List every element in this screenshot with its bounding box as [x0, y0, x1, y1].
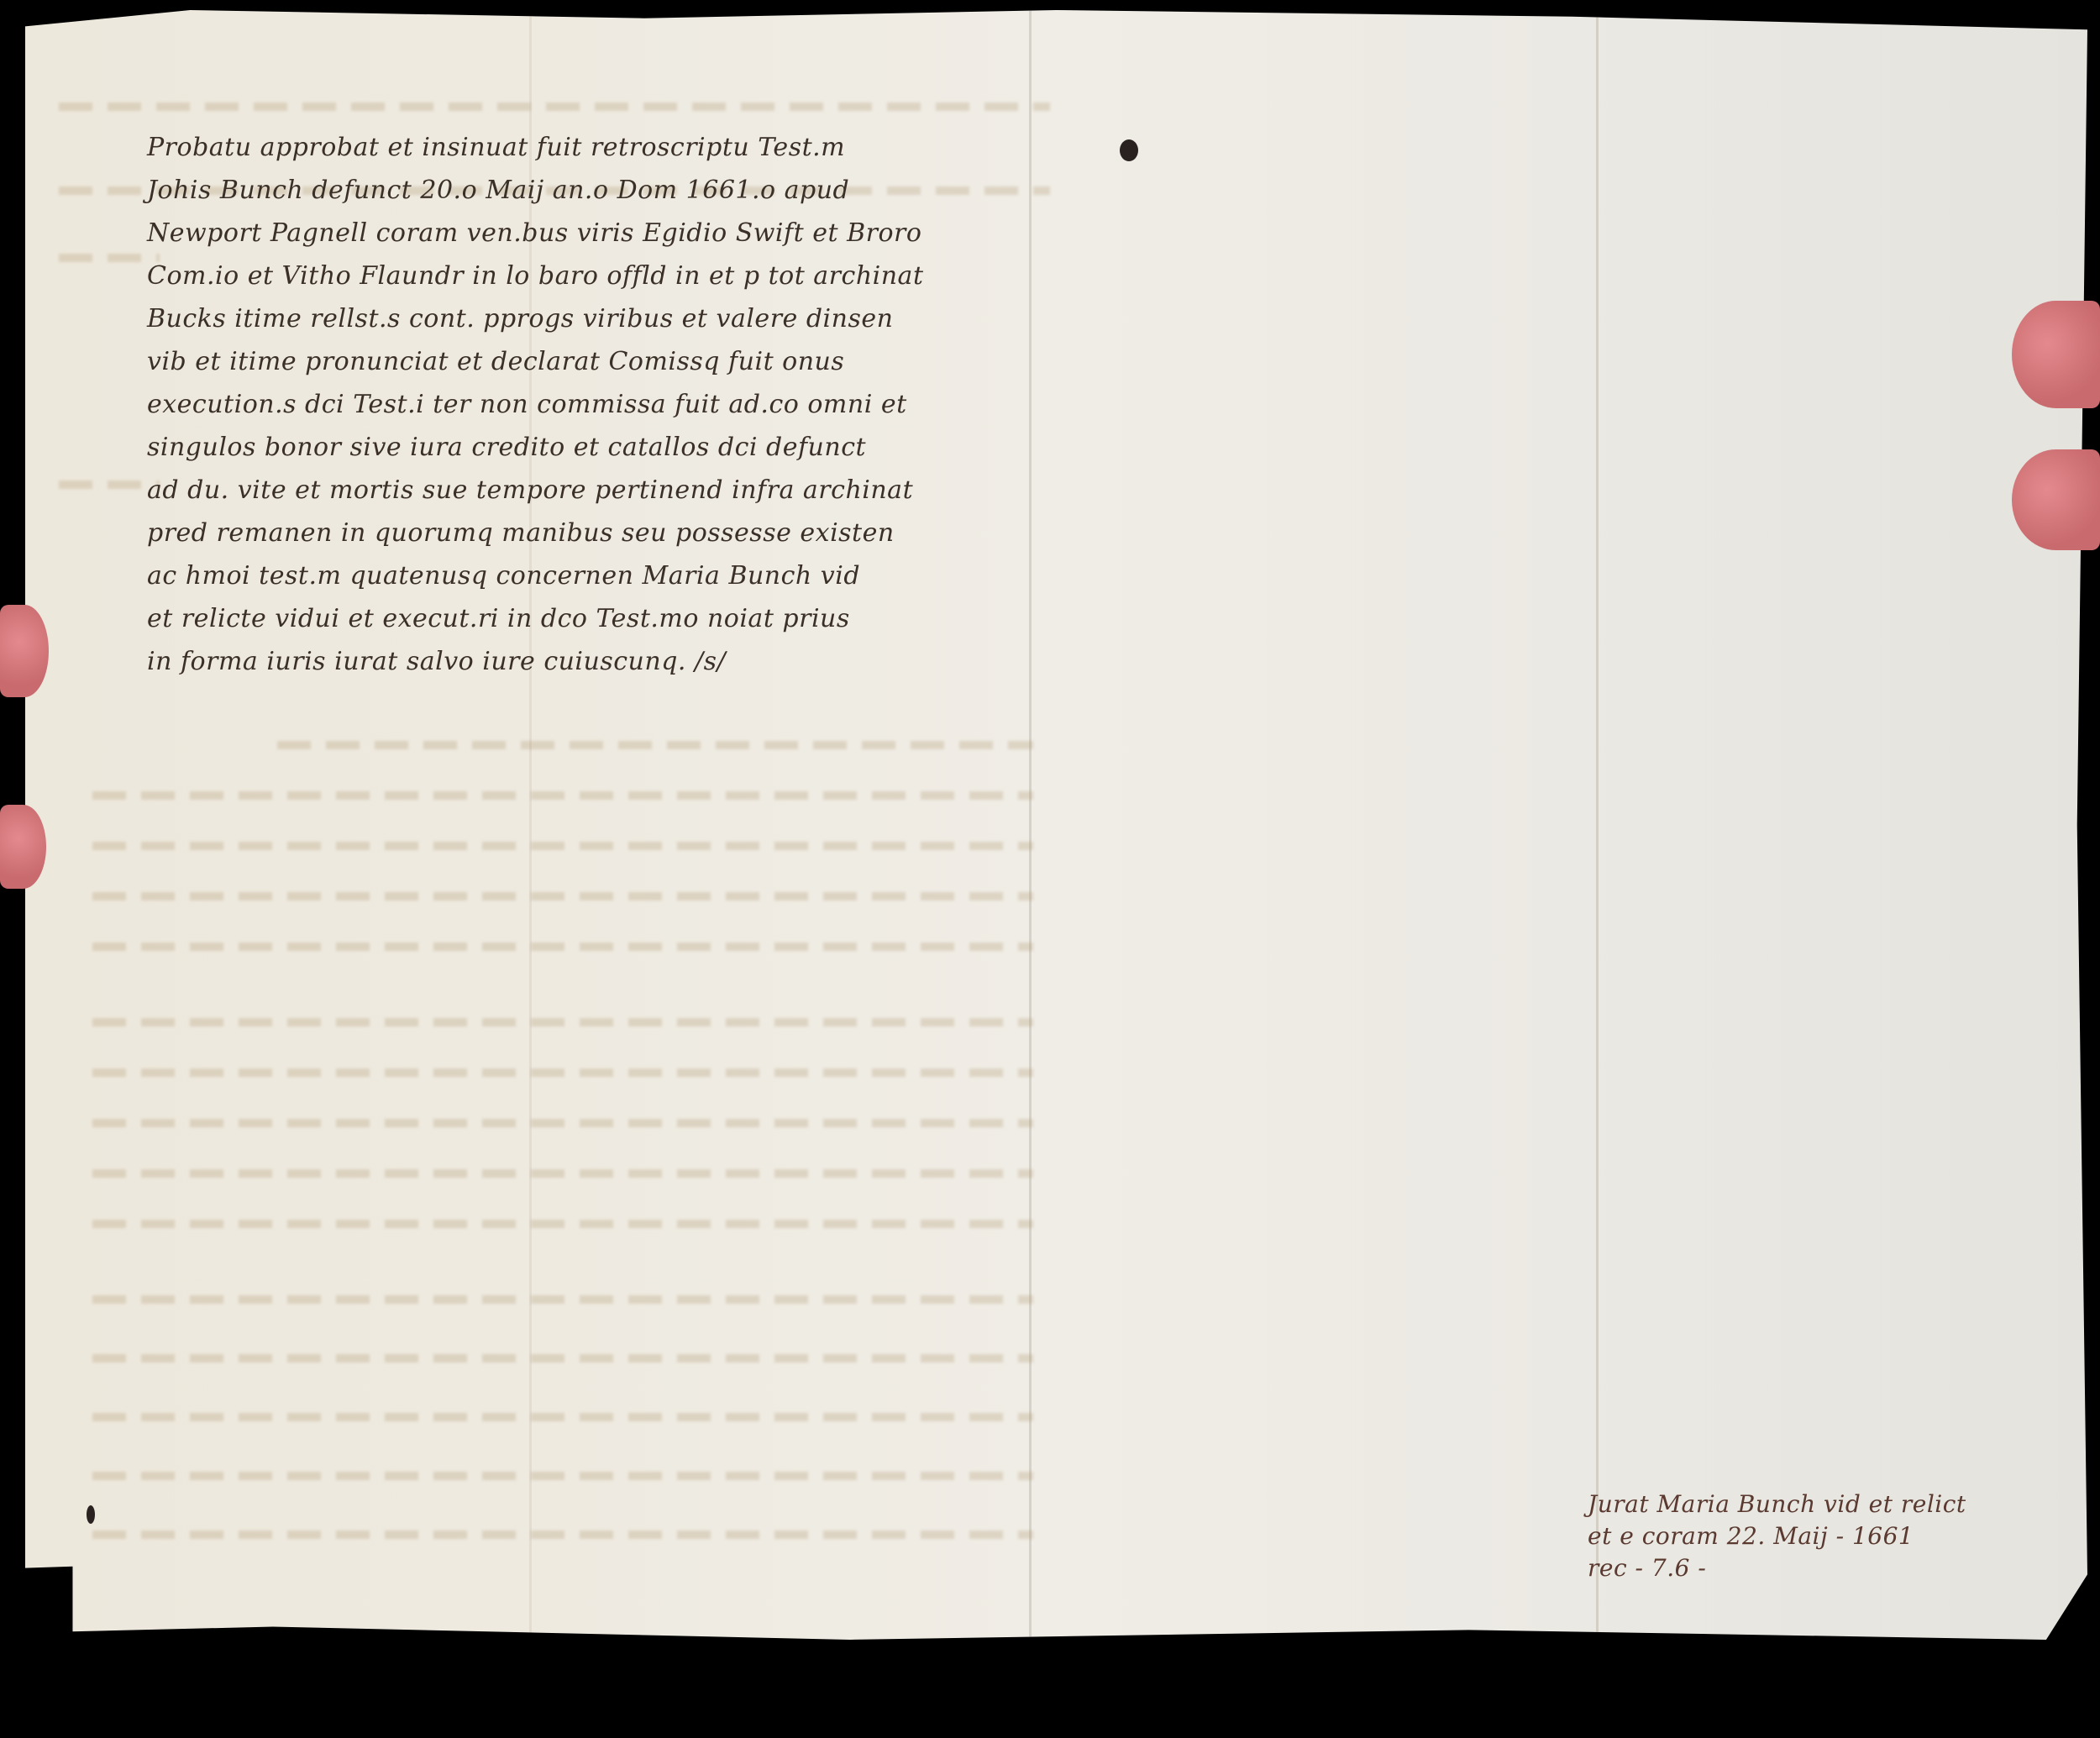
bleed-through-text	[92, 842, 1033, 850]
text-line: singulos bonor sive iura credito et cata…	[147, 426, 1054, 469]
fold-line	[1596, 10, 1599, 1640]
holding-finger	[2012, 301, 2100, 408]
text-line: Newport Pagnell coram ven.bus viris Egid…	[147, 212, 1054, 255]
annotation-line: Jurat Maria Bunch vid et relict	[1588, 1489, 1982, 1520]
text-line: et relicte vidui et execut.ri in dco Tes…	[147, 597, 1054, 640]
ink-blot	[1120, 139, 1138, 161]
text-line: in forma iuris iurat salvo iure cuiuscun…	[147, 640, 1054, 683]
text-line: Johis Bunch defunct 20.o Maij an.o Dom 1…	[147, 169, 1054, 212]
bleed-through-text	[92, 1220, 1033, 1228]
text-line: Bucks itime rellst.s cont. pprogs viribu…	[147, 297, 1054, 340]
bleed-through-text	[59, 480, 160, 489]
bleed-through-text	[92, 1119, 1033, 1127]
bleed-through-text	[92, 1295, 1033, 1304]
bleed-through-text	[92, 791, 1033, 800]
ink-blot	[87, 1505, 95, 1524]
bleed-through-text	[92, 892, 1033, 901]
bleed-through-text	[92, 1531, 1033, 1539]
bleed-through-text	[59, 102, 1050, 111]
bleed-through-text	[92, 1018, 1033, 1027]
probate-text: Probatu approbat et insinuat fuit retros…	[147, 126, 1054, 683]
bleed-through-text	[92, 1354, 1033, 1363]
bleed-through-text	[59, 254, 160, 262]
text-line: vib et itime pronunciat et declarat Comi…	[147, 340, 1054, 383]
text-line: Probatu approbat et insinuat fuit retros…	[147, 126, 1054, 169]
holding-finger	[2012, 449, 2100, 550]
holding-finger	[0, 805, 46, 889]
bleed-through-text	[92, 1169, 1033, 1178]
bleed-through-text	[92, 943, 1033, 951]
bleed-through-text	[92, 1413, 1033, 1421]
bleed-through-text	[92, 1472, 1033, 1480]
text-line: ad du. vite et mortis sue tempore pertin…	[147, 469, 1054, 512]
text-line: execution.s dci Test.i ter non commissa …	[147, 383, 1054, 426]
text-line: Com.io et Vitho Flaundr in lo baro offld…	[147, 255, 1054, 297]
bleed-through-text	[277, 741, 1033, 749]
annotation-line: rec - 7.6 -	[1588, 1552, 1982, 1584]
holding-finger	[0, 605, 49, 697]
annotation-line: et e coram 22. Maij - 1661	[1588, 1520, 1982, 1552]
text-line: pred remanen in quorumq manibus seu poss…	[147, 512, 1054, 554]
endorsement-annotation: Jurat Maria Bunch vid et relict et e cor…	[1588, 1489, 1982, 1584]
bleed-through-text	[92, 1069, 1033, 1077]
text-line: ac hmoi test.m quatenusq concernen Maria…	[147, 554, 1054, 597]
